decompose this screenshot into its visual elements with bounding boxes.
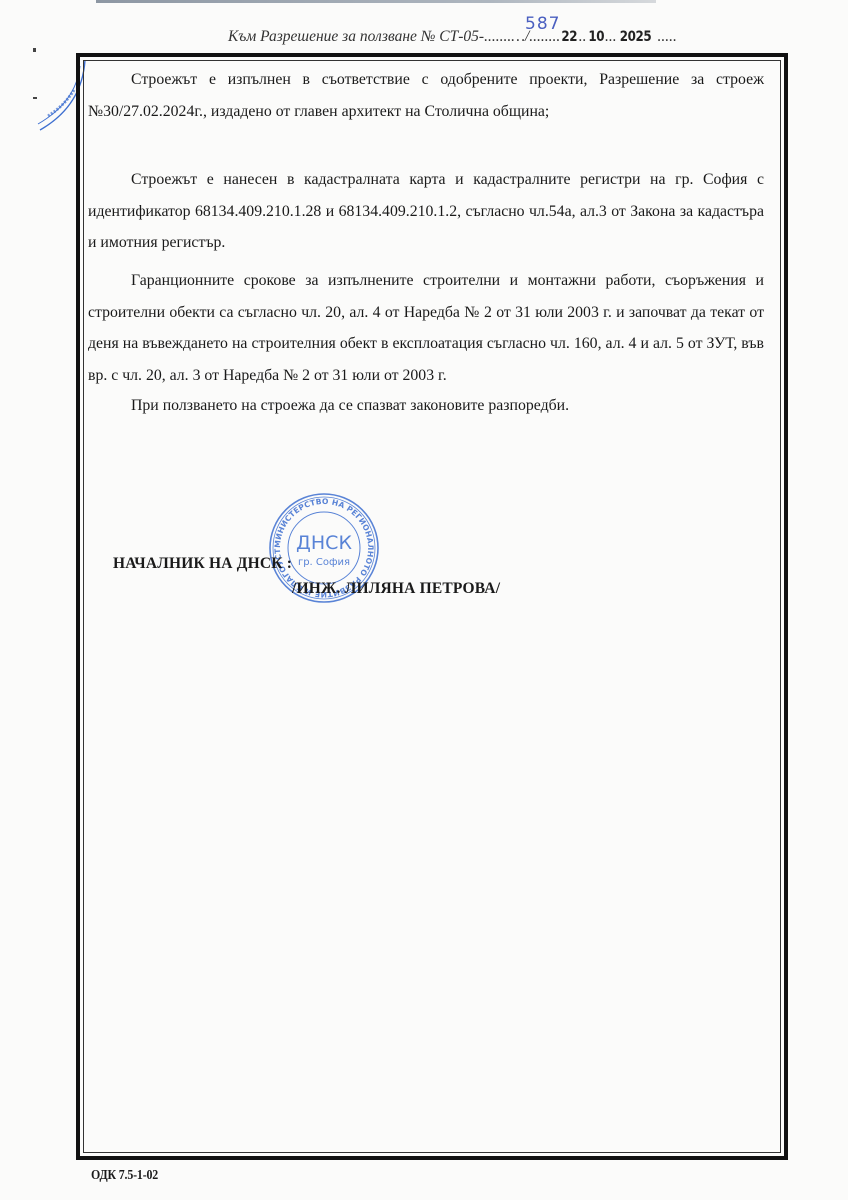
paragraph-cadastre: Строежът е нанесен в кадастралната карта…	[88, 164, 764, 259]
svg-text:гр. София: гр. София	[298, 557, 350, 568]
paragraph-warranty: Гаранционните срокове за изпълнените стр…	[88, 265, 764, 391]
date-day: 22	[562, 29, 578, 45]
signatory-name: /ИНЖ. ЛИЛЯНА ПЕТРОВА/	[292, 580, 500, 598]
permit-number-handwritten: 587	[525, 14, 560, 34]
scan-edge	[96, 0, 656, 3]
paragraph-regulations: При ползването на строежа да се спазват …	[88, 390, 764, 422]
reference-prefix: Към Разрешение за ползване № СТ-05-	[228, 28, 484, 45]
permit-reference-line: Към Разрешение за ползване № СТ-05-.....…	[228, 28, 698, 46]
paragraph-compliance: Строежът е изпълнен в съответствие с одо…	[88, 64, 764, 127]
form-code: ОДК 7.5-1-02	[91, 1168, 158, 1184]
date-year: 2025	[619, 29, 650, 45]
scan-speck	[33, 48, 36, 52]
signatory-title: НАЧАЛНИК НА ДНСК :	[113, 555, 292, 573]
date-month: 10	[588, 29, 604, 45]
svg-text:ДНСК: ДНСК	[296, 532, 352, 554]
